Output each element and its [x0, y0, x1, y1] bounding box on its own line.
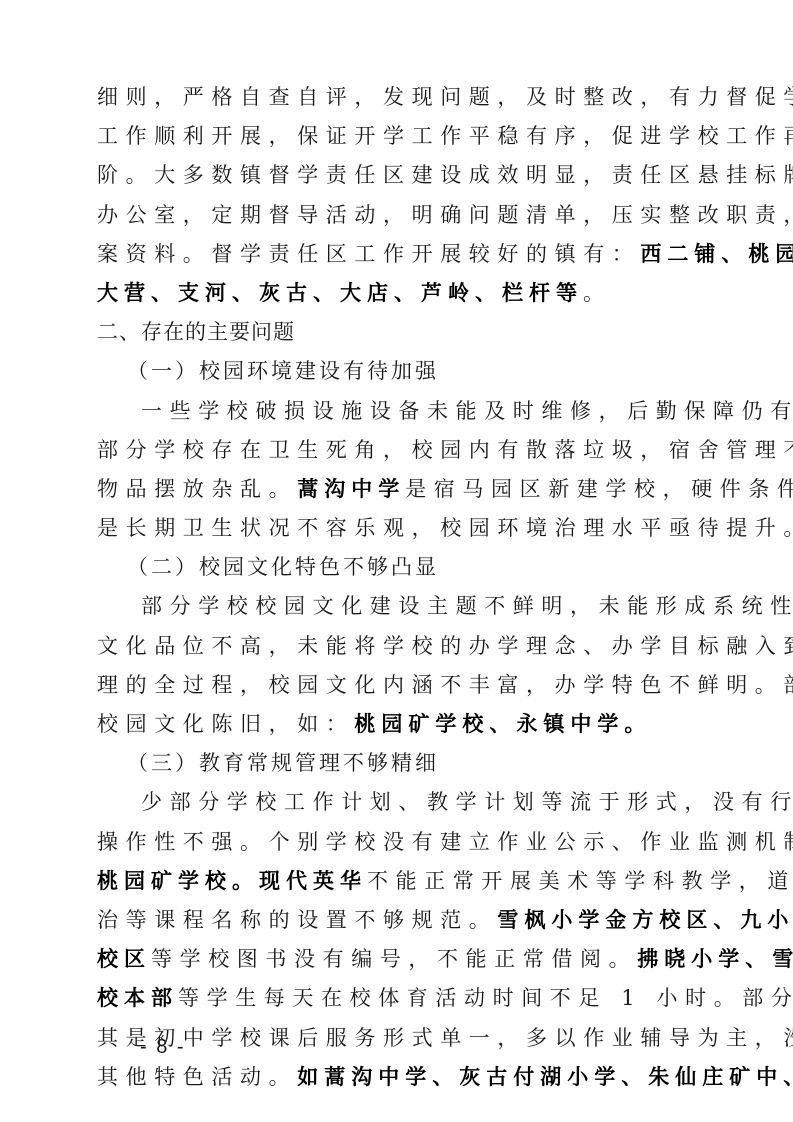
- subsection-heading: （二）校园文化特色不够凸显: [97, 548, 705, 587]
- text-line: 校本部等学生每天在校体育活动时间不足 1 小时。部分学校，尤: [97, 979, 705, 1018]
- highlighted-name: 大营、支河、灰古、大店、芦岭、栏杆等: [97, 281, 583, 305]
- text-line: 部分学校存在卫生死角，校园内有散落垃圾，宿舍管理不规范，: [97, 431, 705, 470]
- highlighted-name: 校本部: [97, 986, 178, 1010]
- text-segment: 治等课程名称的设置不够规范。: [97, 908, 497, 932]
- highlighted-name: 桃园矿学校、永镇中学。: [354, 712, 651, 736]
- text-segment: 等学生每天在校体育活动时间不足 1 小时。部分学校，尤: [178, 986, 793, 1010]
- text-segment: 理的全过程，校园文化内涵不丰富，办学特色不鲜明。部分学校: [97, 673, 793, 697]
- section-heading: 二、存在的主要问题: [97, 313, 705, 352]
- text-line: 一些学校破损设施设备未能及时维修，后勤保障仍有欠缺。: [97, 392, 705, 431]
- text-line: 阶。大多数镇督学责任区建设成效明显，责任区悬挂标牌，设立: [97, 156, 705, 195]
- text-segment: 工作顺利开展，保证开学工作平稳有序，促进学校工作再上新台: [97, 124, 793, 148]
- text-line: 细则，严格自查自评，发现问题，及时整改，有力督促学校各项: [97, 78, 705, 117]
- text-line: 其他特色活动。如蒿沟中学、灰古付湖小学、朱仙庄矿中、芦岭: [97, 1058, 705, 1097]
- text-line: 理的全过程，校园文化内涵不丰富，办学特色不鲜明。部分学校: [97, 666, 705, 705]
- text-line: 文化品位不高，未能将学校的办学理念、办学目标融入到学校管: [97, 627, 705, 666]
- text-line: 少部分学校工作计划、教学计划等流于形式，没有行事历，: [97, 783, 705, 822]
- text-line: 是长期卫生状况不容乐观，校园环境治理水平亟待提升。: [97, 509, 705, 548]
- text-segment: 操作性不强。个别学校没有建立作业公示、作业监测机制。如：: [97, 830, 793, 854]
- text-segment: 物品摆放杂乱。: [97, 477, 297, 501]
- text-segment: 少部分学校工作计划、教学计划等流于形式，没有行事历，: [141, 790, 793, 814]
- text-segment: 办公室，定期督导活动，明确问题清单，压实整改职责，规范档: [97, 203, 793, 227]
- subsection-heading: （三）教育常规管理不够精细: [97, 744, 705, 783]
- text-segment: 等学校图书没有编号，不能正常借阅。: [151, 947, 637, 971]
- text-segment: 案资料。督学责任区工作开展较好的镇有：: [97, 242, 640, 266]
- text-line: 案资料。督学责任区工作开展较好的镇有：西二铺、桃园、祁县、: [97, 235, 705, 274]
- text-segment: 部分学校校园文化建设主题不鲜明，未能形成系统性。校园: [141, 594, 793, 618]
- text-line: 部分学校校园文化建设主题不鲜明，未能形成系统性。校园: [97, 587, 705, 626]
- text-line: 大营、支河、灰古、大店、芦岭、栏杆等。: [97, 274, 705, 313]
- highlighted-name: 校区: [97, 947, 151, 971]
- highlighted-name: 桃园矿学校。现代英华: [97, 869, 367, 893]
- subsection-heading: （一）校园环境建设有待加强: [97, 352, 705, 391]
- text-segment: 校园文化陈旧，如：: [97, 712, 354, 736]
- text-line: 桃园矿学校。现代英华不能正常开展美术等学科教学，道德与法: [97, 862, 705, 901]
- text-segment: 是宿马园区新建学校，硬件条件好，但: [405, 477, 793, 501]
- text-segment: 细则，严格自查自评，发现问题，及时整改，有力督促学校各项: [97, 85, 793, 109]
- highlighted-name: 拂晓小学、雪枫小学: [637, 947, 793, 971]
- text-segment: 阶。大多数镇督学责任区建设成效明显，责任区悬挂标牌，设立: [97, 163, 793, 187]
- text-line: 其是初中学校课后服务形式单一，多以作业辅导为主，没有安排: [97, 1019, 705, 1058]
- text-segment: 。: [583, 281, 612, 305]
- text-segment: 其是初中学校课后服务形式单一，多以作业辅导为主，没有安排: [97, 1026, 793, 1050]
- text-segment: 其他特色活动。: [97, 1065, 297, 1089]
- text-segment: 是长期卫生状况不容乐观，校园环境治理水平亟待提升。: [97, 516, 793, 540]
- highlighted-name: 蒿沟中学: [297, 477, 405, 501]
- document-body: 细则，严格自查自评，发现问题，及时整改，有力督促学校各项工作顺利开展，保证开学工…: [97, 78, 705, 1097]
- text-line: 工作顺利开展，保证开学工作平稳有序，促进学校工作再上新台: [97, 117, 705, 156]
- text-line: 校园文化陈旧，如：桃园矿学校、永镇中学。: [97, 705, 705, 744]
- highlighted-name: 如蒿沟中学、灰古付湖小学、朱仙庄矿中、芦岭: [297, 1065, 793, 1089]
- text-line: 校区等学校图书没有编号，不能正常借阅。拂晓小学、雪枫小学: [97, 940, 705, 979]
- highlighted-name: 西二铺、桃园、祁县、: [640, 242, 793, 266]
- text-segment: 一些学校破损设施设备未能及时维修，后勤保障仍有欠缺。: [141, 399, 793, 423]
- text-segment: 文化品位不高，未能将学校的办学理念、办学目标融入到学校管: [97, 634, 793, 658]
- text-segment: 不能正常开展美术等学科教学，道德与法: [367, 869, 793, 893]
- text-segment: 部分学校存在卫生死角，校园内有散落垃圾，宿舍管理不规范，: [97, 438, 793, 462]
- highlighted-name: 雪枫小学金方校区、九小高新区: [497, 908, 793, 932]
- text-line: 治等课程名称的设置不够规范。雪枫小学金方校区、九小高新区: [97, 901, 705, 940]
- text-line: 办公室，定期督导活动，明确问题清单，压实整改职责，规范档: [97, 196, 705, 235]
- text-line: 物品摆放杂乱。蒿沟中学是宿马园区新建学校，硬件条件好，但: [97, 470, 705, 509]
- text-line: 操作性不强。个别学校没有建立作业公示、作业监测机制。如：: [97, 823, 705, 862]
- page-number: - 8 -: [140, 1036, 186, 1059]
